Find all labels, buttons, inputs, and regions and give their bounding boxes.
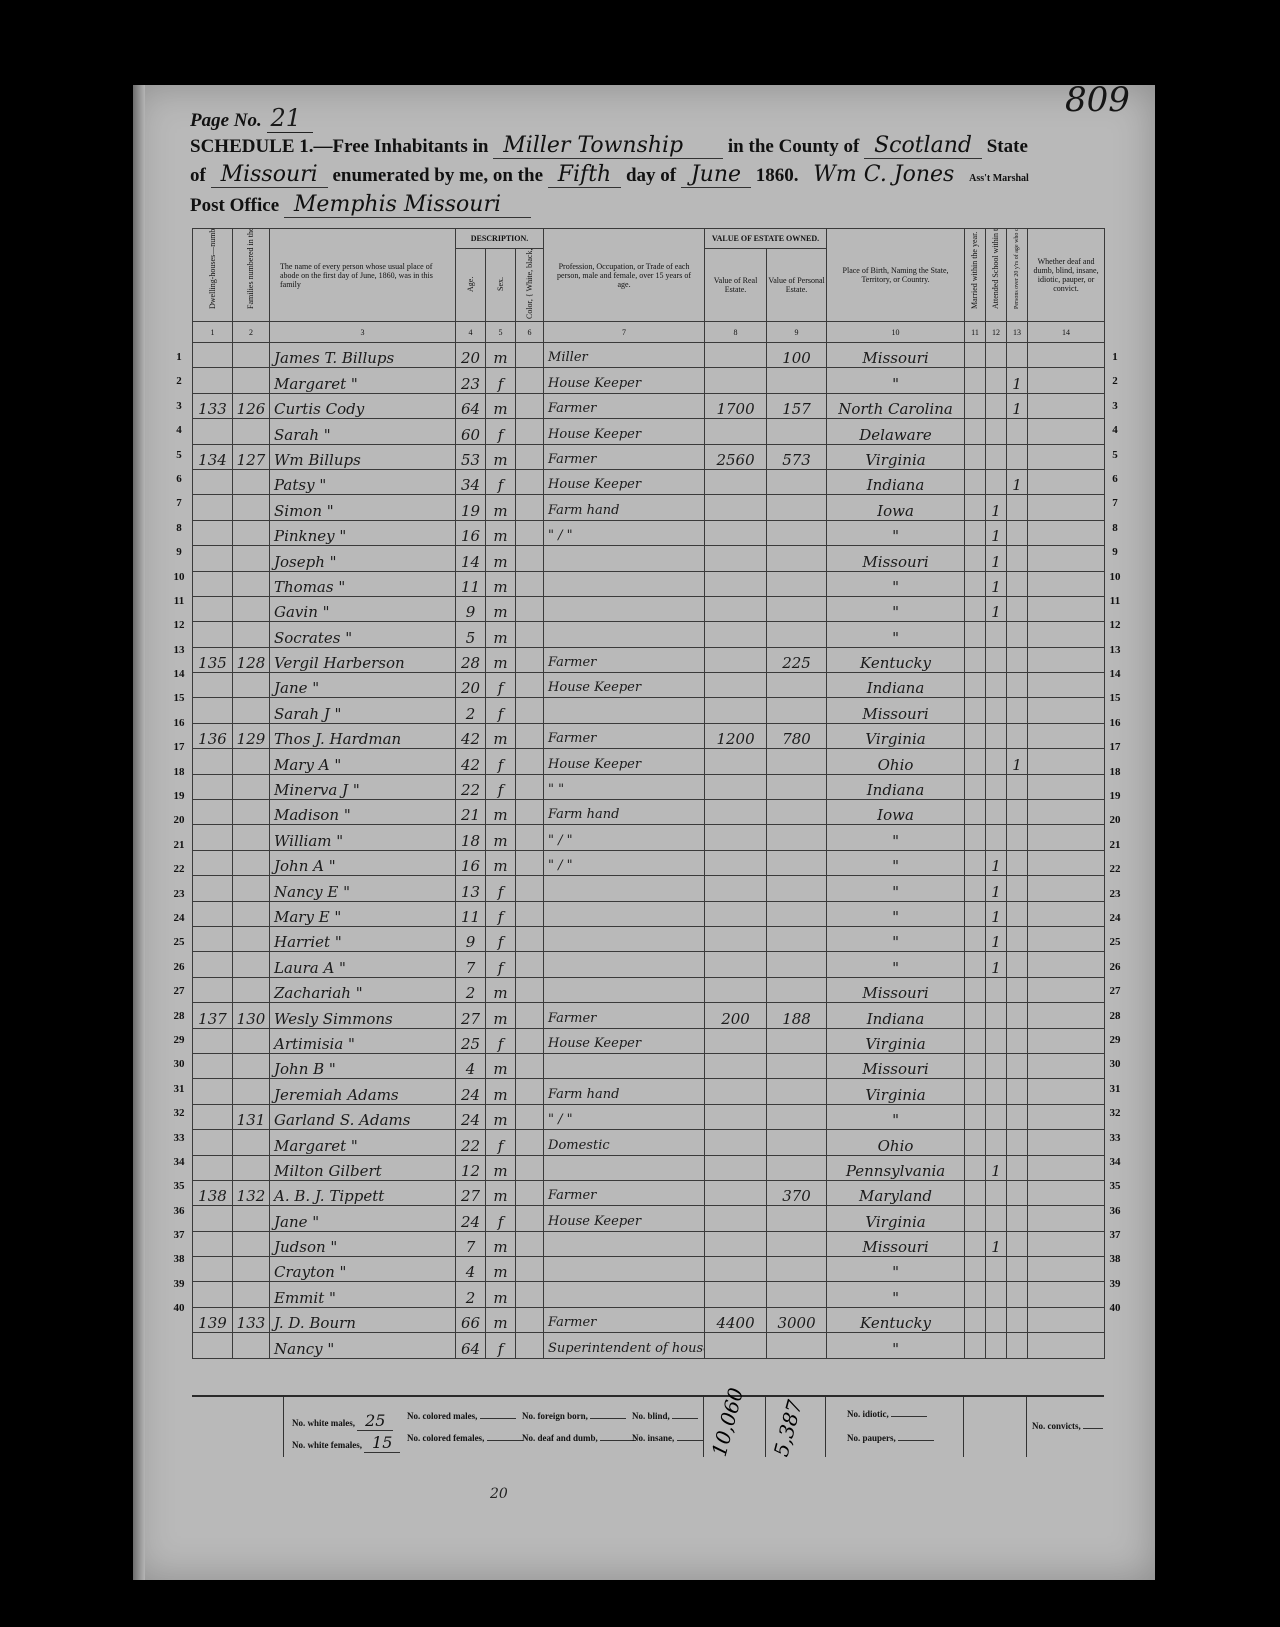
attended-school-cell — [986, 368, 1007, 393]
age-cell: 5 — [456, 622, 486, 647]
birthplace-cell: Iowa — [827, 800, 965, 825]
dwelling-number-cell: 133 — [193, 393, 233, 418]
paupers-field: No. paupers, — [847, 1433, 934, 1443]
person-name-cell: Milton Gilbert — [270, 1155, 456, 1180]
cannot-read-write-cell — [1007, 1155, 1028, 1180]
sex-cell: m — [486, 1053, 516, 1078]
condition-cell — [1028, 368, 1105, 393]
attended-school-cell — [986, 1307, 1007, 1332]
line-number: 1 — [168, 345, 190, 369]
married-within-year-cell — [965, 1257, 986, 1282]
color-cell — [516, 723, 544, 748]
condition-cell — [1028, 977, 1105, 1002]
line-number: 14 — [1104, 662, 1126, 686]
line-number: 8 — [1104, 516, 1126, 540]
attended-school-cell — [986, 825, 1007, 850]
cannot-read-write-cell — [1007, 698, 1028, 723]
color-cell — [516, 419, 544, 444]
insane-field: No. insane, — [632, 1433, 703, 1443]
col-header-sex: Sex. — [486, 249, 516, 322]
birthplace-cell: Missouri — [827, 977, 965, 1002]
family-number-cell — [233, 1333, 270, 1358]
age-cell: 25 — [456, 1028, 486, 1053]
real-estate-value-cell — [705, 1257, 767, 1282]
occupation-cell: Farmer — [544, 393, 705, 418]
condition-cell — [1028, 1079, 1105, 1104]
occupation-cell — [544, 596, 705, 621]
sex-cell: m — [486, 1257, 516, 1282]
family-number-cell — [233, 1231, 270, 1256]
cannot-read-write-cell — [1007, 520, 1028, 545]
birthplace-cell: " — [827, 952, 965, 977]
col-num-9: 9 — [767, 322, 827, 343]
table-row: Nancy E "13f"1 — [193, 876, 1105, 901]
sex-cell: m — [486, 495, 516, 520]
cannot-read-write-cell — [1007, 825, 1028, 850]
cannot-read-write-cell — [1007, 1333, 1028, 1358]
married-within-year-cell — [965, 977, 986, 1002]
dwelling-number-cell — [193, 1257, 233, 1282]
birthplace-cell: " — [827, 571, 965, 596]
cannot-read-write-cell — [1007, 1104, 1028, 1129]
attended-school-cell — [986, 1206, 1007, 1231]
person-name-cell: Thomas " — [270, 571, 456, 596]
occupation-cell — [544, 1257, 705, 1282]
sex-cell: m — [486, 825, 516, 850]
birthplace-cell: " — [827, 901, 965, 926]
col-num-14: 14 — [1028, 322, 1105, 343]
real-estate-value-cell — [705, 926, 767, 951]
dwelling-number-cell — [193, 1282, 233, 1307]
condition-cell — [1028, 1053, 1105, 1078]
color-cell — [516, 926, 544, 951]
birthplace-cell: Virginia — [827, 1028, 965, 1053]
dwelling-number-cell: 136 — [193, 723, 233, 748]
idiotic-field: No. idiotic, — [847, 1409, 927, 1419]
age-cell: 11 — [456, 571, 486, 596]
real-estate-value-cell — [705, 368, 767, 393]
occupation-cell: " / " — [544, 825, 705, 850]
family-number-cell — [233, 825, 270, 850]
condition-cell — [1028, 622, 1105, 647]
birthplace-cell: " — [827, 1282, 965, 1307]
real-estate-value-cell — [705, 850, 767, 875]
marshal-label: Ass't Marshal — [969, 173, 1029, 184]
personal-estate-total: 5,387 — [769, 1397, 807, 1459]
married-within-year-cell — [965, 1028, 986, 1053]
col-num-5: 5 — [486, 322, 516, 343]
married-within-year-cell — [965, 571, 986, 596]
dwelling-number-cell — [193, 419, 233, 444]
family-number-cell — [233, 1079, 270, 1104]
birthplace-cell: Indiana — [827, 1003, 965, 1028]
line-number: 19 — [1104, 784, 1126, 808]
condition-cell — [1028, 1028, 1105, 1053]
birthplace-cell: " — [827, 825, 965, 850]
condition-cell — [1028, 1333, 1105, 1358]
real-estate-value-cell: 4400 — [705, 1307, 767, 1332]
sex-cell: f — [486, 749, 516, 774]
person-name-cell: Harriet " — [270, 926, 456, 951]
age-cell: 53 — [456, 444, 486, 469]
person-name-cell: Margaret " — [270, 1130, 456, 1155]
cannot-read-write-cell — [1007, 800, 1028, 825]
attended-school-cell: 1 — [986, 546, 1007, 571]
color-cell — [516, 901, 544, 926]
line-number: 2 — [1104, 369, 1126, 393]
occupation-cell: Miller — [544, 343, 705, 368]
birthplace-cell: " — [827, 520, 965, 545]
attended-school-cell — [986, 647, 1007, 672]
line-number: 18 — [1104, 760, 1126, 784]
family-number-cell — [233, 800, 270, 825]
personal-estate-value-cell — [767, 1130, 827, 1155]
personal-estate-value-cell — [767, 901, 827, 926]
age-cell: 14 — [456, 546, 486, 571]
birthplace-cell: Kentucky — [827, 1307, 965, 1332]
table-row: Crayton "4m" — [193, 1257, 1105, 1282]
sex-cell: f — [486, 774, 516, 799]
line-number: 21 — [168, 833, 190, 857]
family-number-cell — [233, 850, 270, 875]
line-number: 34 — [168, 1150, 190, 1174]
attended-school-cell — [986, 1257, 1007, 1282]
age-cell: 64 — [456, 1333, 486, 1358]
dwelling-number-cell — [193, 825, 233, 850]
condition-cell — [1028, 419, 1105, 444]
col-header-description: DESCRIPTION. — [456, 229, 544, 249]
age-cell: 22 — [456, 774, 486, 799]
col-header-dwelling: Dwelling-houses—numbered in the order of… — [193, 229, 233, 322]
birthplace-cell: Ohio — [827, 1130, 965, 1155]
color-cell — [516, 774, 544, 799]
condition-cell — [1028, 1155, 1105, 1180]
personal-estate-value-cell — [767, 876, 827, 901]
cannot-read-write-cell — [1007, 1206, 1028, 1231]
real-estate-value-cell — [705, 495, 767, 520]
person-name-cell: Mary E " — [270, 901, 456, 926]
married-within-year-cell — [965, 495, 986, 520]
year-value: 1860. — [756, 165, 799, 186]
occupation-cell — [544, 698, 705, 723]
personal-estate-value-cell: 225 — [767, 647, 827, 672]
occupation-cell — [544, 901, 705, 926]
col-num-6: 6 — [516, 322, 544, 343]
married-within-year-cell — [965, 393, 986, 418]
line-number: 25 — [168, 930, 190, 954]
line-number: 23 — [1104, 882, 1126, 906]
real-estate-value-cell — [705, 698, 767, 723]
post-office-line: Post Office Memphis Missouri — [190, 192, 531, 217]
col-num-10: 10 — [827, 322, 965, 343]
sex-cell: m — [486, 1282, 516, 1307]
color-cell — [516, 698, 544, 723]
day-value: Fifth — [548, 162, 621, 188]
dwelling-number-cell: 135 — [193, 647, 233, 672]
line-number: 19 — [168, 784, 190, 808]
attended-school-cell: 1 — [986, 876, 1007, 901]
family-number-cell: 132 — [233, 1180, 270, 1205]
occupation-cell — [544, 1053, 705, 1078]
color-cell — [516, 622, 544, 647]
line-number: 4 — [168, 418, 190, 442]
dwelling-number-cell — [193, 546, 233, 571]
color-cell — [516, 850, 544, 875]
day-of-label: day of — [626, 165, 676, 186]
color-cell — [516, 1206, 544, 1231]
table-row: 134127Wm Billups53mFarmer2560573Virginia — [193, 444, 1105, 469]
condition-cell — [1028, 749, 1105, 774]
attended-school-cell — [986, 419, 1007, 444]
col-header-color: Color, { White, black, or mulatto. — [516, 249, 544, 322]
color-cell — [516, 825, 544, 850]
line-number: 29 — [168, 1028, 190, 1052]
cannot-read-write-cell — [1007, 1003, 1028, 1028]
sex-cell: m — [486, 1155, 516, 1180]
col-num-2: 2 — [233, 322, 270, 343]
dwelling-number-cell — [193, 1231, 233, 1256]
birthplace-cell: Pennsylvania — [827, 1155, 965, 1180]
personal-estate-value-cell — [767, 749, 827, 774]
col-header-age: Age. — [456, 249, 486, 322]
age-cell: 28 — [456, 647, 486, 672]
line-number: 18 — [168, 760, 190, 784]
line-number: 28 — [1104, 1004, 1126, 1028]
table-row: 137130Wesly Simmons27mFarmer200188Indian… — [193, 1003, 1105, 1028]
cannot-read-write-cell — [1007, 596, 1028, 621]
family-number-cell — [233, 495, 270, 520]
attended-school-cell: 1 — [986, 926, 1007, 951]
line-number: 15 — [1104, 686, 1126, 710]
line-number: 22 — [168, 857, 190, 881]
condition-cell — [1028, 596, 1105, 621]
person-name-cell: John B " — [270, 1053, 456, 1078]
personal-estate-value-cell — [767, 926, 827, 951]
family-number-cell — [233, 1053, 270, 1078]
age-cell: 20 — [456, 673, 486, 698]
condition-cell — [1028, 1180, 1105, 1205]
sex-cell: m — [486, 1003, 516, 1028]
col-num-7: 7 — [544, 322, 705, 343]
dwelling-number-cell — [193, 926, 233, 951]
real-estate-value-cell — [705, 520, 767, 545]
birthplace-cell: " — [827, 1257, 965, 1282]
condition-cell — [1028, 571, 1105, 596]
color-cell — [516, 1079, 544, 1104]
line-number: 7 — [1104, 491, 1126, 515]
personal-estate-value-cell — [767, 698, 827, 723]
line-number: 39 — [1104, 1272, 1126, 1296]
col-header-estate: VALUE OF ESTATE OWNED. — [705, 229, 827, 249]
birthplace-cell: Missouri — [827, 1231, 965, 1256]
attended-school-cell — [986, 698, 1007, 723]
family-number-cell — [233, 419, 270, 444]
married-within-year-cell — [965, 1282, 986, 1307]
sex-cell: f — [486, 368, 516, 393]
table-row: 139133J. D. Bourn66mFarmer44003000Kentuc… — [193, 1307, 1105, 1332]
line-number: 28 — [168, 1004, 190, 1028]
cannot-read-write-cell: 1 — [1007, 393, 1028, 418]
table-row: Sarah J "2fMissouri — [193, 698, 1105, 723]
occupation-cell — [544, 546, 705, 571]
occupation-cell — [544, 926, 705, 951]
married-within-year-cell — [965, 850, 986, 875]
sex-cell: m — [486, 977, 516, 1002]
age-cell: 2 — [456, 1282, 486, 1307]
cannot-read-write-cell — [1007, 1282, 1028, 1307]
real-estate-value-cell — [705, 901, 767, 926]
condition-cell — [1028, 952, 1105, 977]
age-cell: 66 — [456, 1307, 486, 1332]
color-cell — [516, 469, 544, 494]
table-row: Jane "24fHouse KeeperVirginia — [193, 1206, 1105, 1231]
dwelling-number-cell — [193, 520, 233, 545]
personal-estate-value-cell — [767, 571, 827, 596]
dwelling-number-cell — [193, 1130, 233, 1155]
attended-school-cell: 1 — [986, 850, 1007, 875]
cannot-read-write-cell: 1 — [1007, 469, 1028, 494]
line-number: 34 — [1104, 1150, 1126, 1174]
line-number: 6 — [1104, 467, 1126, 491]
dwelling-number-cell — [193, 850, 233, 875]
married-within-year-cell — [965, 901, 986, 926]
married-within-year-cell — [965, 1104, 986, 1129]
county-value: Scotland — [864, 133, 982, 159]
condition-cell — [1028, 546, 1105, 571]
person-name-cell: Jane " — [270, 673, 456, 698]
line-number: 17 — [1104, 735, 1126, 759]
line-number: 24 — [1104, 906, 1126, 930]
attended-school-cell — [986, 1180, 1007, 1205]
real-estate-value-cell — [705, 1180, 767, 1205]
line-number: 38 — [1104, 1247, 1126, 1271]
birthplace-cell: " — [827, 1333, 965, 1358]
family-number-cell: 131 — [233, 1104, 270, 1129]
family-number-cell — [233, 749, 270, 774]
attended-school-cell — [986, 1079, 1007, 1104]
birthplace-cell: Virginia — [827, 444, 965, 469]
line-number: 7 — [168, 491, 190, 515]
convicts-field: No. convicts, — [1032, 1421, 1103, 1431]
personal-estate-value-cell — [767, 825, 827, 850]
county-label: in the County of — [728, 136, 859, 157]
cannot-read-write-cell — [1007, 419, 1028, 444]
condition-cell — [1028, 901, 1105, 926]
married-within-year-cell — [965, 876, 986, 901]
birthplace-cell: " — [827, 596, 965, 621]
dwelling-number-cell — [193, 673, 233, 698]
cannot-read-write-cell — [1007, 546, 1028, 571]
occupation-cell: Farm hand — [544, 495, 705, 520]
sex-cell: m — [486, 1079, 516, 1104]
real-estate-value-cell — [705, 1028, 767, 1053]
occupation-cell: House Keeper — [544, 368, 705, 393]
family-number-cell — [233, 876, 270, 901]
personal-estate-value-cell — [767, 622, 827, 647]
personal-estate-value-cell — [767, 673, 827, 698]
family-number-cell — [233, 673, 270, 698]
color-cell — [516, 876, 544, 901]
of-label: of — [190, 165, 206, 186]
married-within-year-cell — [965, 622, 986, 647]
family-number-cell: 133 — [233, 1307, 270, 1332]
person-name-cell: Madison " — [270, 800, 456, 825]
table-row: Emmit "2m" — [193, 1282, 1105, 1307]
married-within-year-cell — [965, 546, 986, 571]
occupation-cell: House Keeper — [544, 469, 705, 494]
attended-school-cell — [986, 343, 1007, 368]
personal-estate-value-cell: 100 — [767, 343, 827, 368]
sex-cell: m — [486, 647, 516, 672]
occupation-cell: " " — [544, 774, 705, 799]
attended-school-cell: 1 — [986, 495, 1007, 520]
occupation-cell — [544, 876, 705, 901]
age-cell: 22 — [456, 1130, 486, 1155]
table-row: Jane "20fHouse KeeperIndiana — [193, 673, 1105, 698]
line-number: 40 — [1104, 1296, 1126, 1320]
age-cell: 21 — [456, 800, 486, 825]
real-estate-value-cell: 200 — [705, 1003, 767, 1028]
real-estate-value-cell — [705, 1282, 767, 1307]
family-number-cell — [233, 952, 270, 977]
personal-estate-value-cell — [767, 596, 827, 621]
age-cell: 13 — [456, 876, 486, 901]
line-number: 26 — [168, 955, 190, 979]
person-name-cell: Nancy " — [270, 1333, 456, 1358]
real-estate-value-cell — [705, 1104, 767, 1129]
table-row: Jeremiah Adams24mFarm handVirginia — [193, 1079, 1105, 1104]
column-number-row: 1 2 3 4 5 6 7 8 9 10 11 12 13 14 — [193, 322, 1105, 343]
personal-estate-value-cell — [767, 1155, 827, 1180]
condition-cell — [1028, 1206, 1105, 1231]
attended-school-cell: 1 — [986, 520, 1007, 545]
condition-cell — [1028, 926, 1105, 951]
cannot-read-write-cell — [1007, 876, 1028, 901]
person-name-cell: Margaret " — [270, 368, 456, 393]
married-within-year-cell — [965, 1206, 986, 1231]
occupation-cell: Farm hand — [544, 800, 705, 825]
color-cell — [516, 368, 544, 393]
occupation-cell: House Keeper — [544, 1028, 705, 1053]
person-name-cell: Garland S. Adams — [270, 1104, 456, 1129]
cannot-read-write-cell — [1007, 850, 1028, 875]
occupation-cell: Farmer — [544, 1307, 705, 1332]
line-number: 14 — [168, 662, 190, 686]
table-row: 136129Thos J. Hardman42mFarmer1200780Vir… — [193, 723, 1105, 748]
col-header-family: Families numbered in the order of visita… — [233, 229, 270, 322]
attended-school-cell — [986, 393, 1007, 418]
table-row: Minerva J "22f" "Indiana — [193, 774, 1105, 799]
family-number-cell — [233, 596, 270, 621]
attended-school-cell — [986, 1333, 1007, 1358]
personal-estate-value-cell — [767, 495, 827, 520]
color-cell — [516, 596, 544, 621]
sex-cell: f — [486, 876, 516, 901]
cannot-read-write-cell — [1007, 1231, 1028, 1256]
age-cell: 9 — [456, 926, 486, 951]
birthplace-cell: Indiana — [827, 774, 965, 799]
birthplace-cell: North Carolina — [827, 393, 965, 418]
condition-cell — [1028, 469, 1105, 494]
sex-cell: m — [486, 343, 516, 368]
personal-estate-value-cell — [767, 977, 827, 1002]
person-name-cell: Patsy " — [270, 469, 456, 494]
line-number: 8 — [168, 516, 190, 540]
line-number: 36 — [168, 1199, 190, 1223]
cannot-read-write-cell — [1007, 1257, 1028, 1282]
real-estate-value-cell — [705, 800, 767, 825]
personal-estate-value-cell — [767, 952, 827, 977]
